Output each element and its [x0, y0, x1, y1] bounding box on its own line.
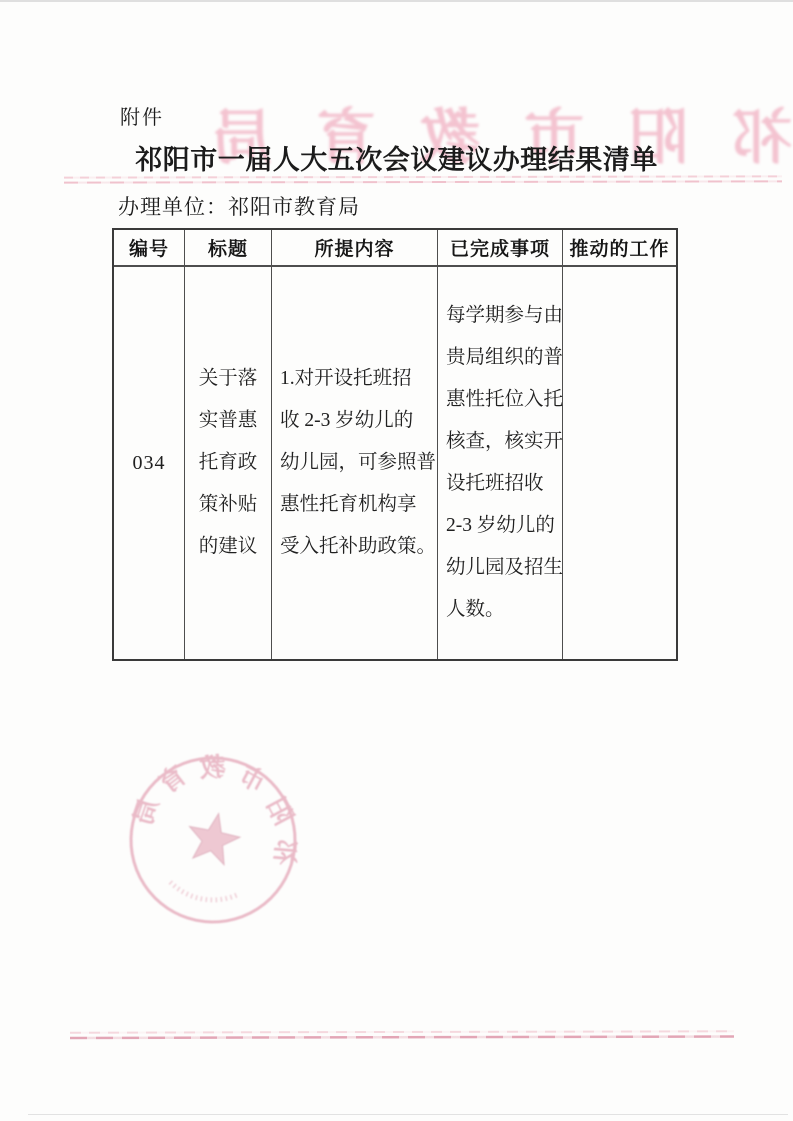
col-header-title: 标题 — [185, 230, 272, 267]
cell-text-line: 的建议 — [199, 526, 258, 568]
cell-text-line: 收 2-3 岁幼儿的 — [280, 400, 413, 442]
cell-text-line: 关于落 — [199, 358, 258, 400]
star-icon — [183, 808, 243, 866]
cell-completed: 每学期参与由贵局组织的普惠性托位入托核查，核实开设托班招收2-3 岁幼儿的幼儿园… — [438, 267, 563, 659]
cell-text-line: 策补贴 — [199, 484, 258, 526]
organizer-line: 办理单位：祁阳市教育局 — [118, 191, 360, 221]
attachment-label: 附件 — [120, 101, 164, 130]
document-title: 祁阳市一届人大五次会议建议办理结果清单 — [0, 138, 793, 177]
cell-text-line: 每学期参与由 — [446, 295, 563, 337]
official-seal-bleedthrough: 祁阳市教育局 — [109, 736, 318, 945]
col-header-id: 编号 — [114, 230, 185, 267]
cell-promoted — [563, 267, 676, 659]
cell-text-line: 惠性托位入托 — [446, 379, 563, 421]
seal-serial-marks — [167, 881, 237, 906]
col-header-completed: 已完成事项 — [438, 230, 563, 267]
cell-text-line: 实普惠 — [199, 400, 258, 442]
seal-graphic: 祁阳市教育局 — [109, 736, 318, 945]
cell-text-line: 受入托补助政策。 — [280, 526, 436, 568]
pink-rule-bottom — [70, 1030, 734, 1039]
col-header-content: 所提内容 — [272, 230, 438, 267]
cell-text-line: 幼儿园及招生 — [446, 547, 563, 589]
cell-text-line: 幼儿园，可参照普 — [280, 442, 436, 484]
results-table: 编号 标题 所提内容 已完成事项 推动的工作 034 关于落实普惠托育政策补贴的… — [112, 228, 678, 661]
scan-edge-bottom — [28, 1114, 788, 1115]
cell-text-line: 人数。 — [446, 589, 505, 631]
scan-edge-top — [0, 0, 793, 2]
cell-text-line: 托育政 — [199, 442, 258, 484]
cell-text-line: 核查，核实开 — [446, 421, 563, 463]
cell-title: 关于落实普惠托育政策补贴的建议 — [185, 267, 272, 659]
col-header-promoted: 推动的工作 — [563, 230, 676, 267]
cell-text-line: 惠性托育机构享 — [280, 484, 417, 526]
cell-id: 034 — [114, 267, 185, 659]
cell-text-line: 2-3 岁幼儿的 — [446, 505, 555, 547]
cell-text-line: 1.对开设托班招 — [280, 358, 412, 400]
scanned-document-page: 祁阳市教育局 附件 祁阳市一届人大五次会议建议办理结果清单 办理单位：祁阳市教育… — [0, 0, 793, 1121]
cell-text-line: 贵局组织的普 — [446, 337, 563, 379]
cell-text-line: 设托班招收 — [446, 463, 544, 505]
cell-content: 1.对开设托班招收 2-3 岁幼儿的幼儿园，可参照普惠性托育机构享受入托补助政策… — [272, 267, 438, 659]
